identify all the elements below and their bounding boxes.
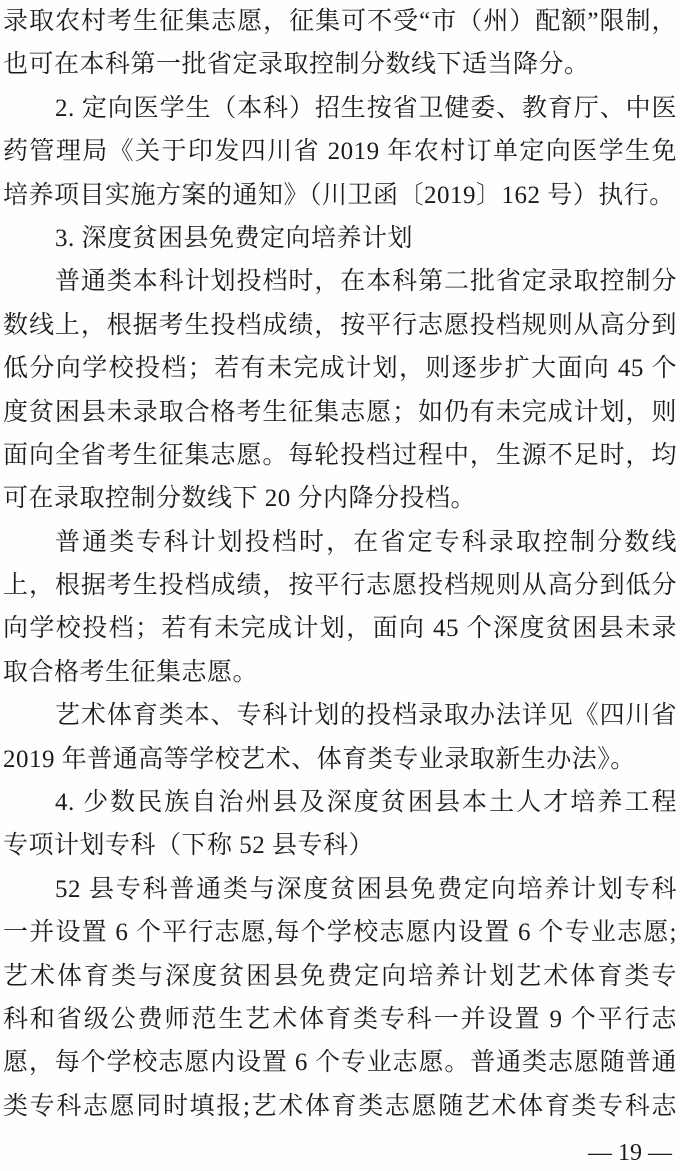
text-line: 可在录取控制分数线下 20 分内降分投档。 [3, 477, 677, 520]
text-line: 向学校投档；若有未完成计划，面向 45 个深度贫困县未录 [3, 607, 677, 650]
text-line: 专项计划专科（下称 52 县专科） [3, 824, 677, 867]
text-line: 3. 深度贫困县免费定向培养计划 [3, 217, 677, 260]
text-line: 面向全省考生征集志愿。每轮投档过程中，生源不足时，均 [3, 434, 677, 477]
text-line: 愿，每个学校志愿内设置 6 个专业志愿。普通类志愿随普通 [3, 1041, 677, 1084]
text-line: 录取农村考生征集志愿，征集可不受“市（州）配额”限制， [3, 0, 677, 43]
text-line: 度贫困县未录取合格考生征集志愿；如仍有未完成计划，则 [3, 391, 677, 434]
document-body: 录取农村考生征集志愿，征集可不受“市（州）配额”限制，也可在本科第一批省定录取控… [3, 0, 677, 1128]
text-line: 艺术体育类与深度贫困县免费定向培养计划艺术体育类专 [3, 955, 677, 998]
text-line: 也可在本科第一批省定录取控制分数线下适当降分。 [3, 43, 677, 86]
text-line: 2. 定向医学生（本科）招生按省卫健委、教育厅、中医 [3, 87, 677, 130]
text-line: 类专科志愿同时填报;艺术体育类志愿随艺术体育类专科志 [3, 1085, 677, 1128]
text-line: 上，根据考生投档成绩，按平行志愿投档规则从高分到低分 [3, 564, 677, 607]
page-number: — 19 — [588, 1137, 672, 1169]
text-line: 药管理局《关于印发四川省 2019 年农村订单定向医学生免费 [3, 130, 677, 173]
text-line: 取合格考生征集志愿。 [3, 651, 677, 694]
text-line: 低分向学校投档；若有未完成计划，则逐步扩大面向 45 个深 [3, 347, 677, 390]
text-line: 一并设置 6 个平行志愿,每个学校志愿内设置 6 个专业志愿; [3, 911, 677, 954]
text-line: 52 县专科普通类与深度贫困县免费定向培养计划专科 [3, 868, 677, 911]
document-page: 录取农村考生征集志愿，征集可不受“市（州）配额”限制，也可在本科第一批省定录取控… [0, 0, 680, 1171]
text-line: 4. 少数民族自治州县及深度贫困县本土人才培养工程 [3, 781, 677, 824]
text-line: 科和省级公费师范生艺术体育类专科一并设置 9 个平行志 [3, 998, 677, 1041]
text-line: 2019 年普通高等学校艺术、体育类专业录取新生办法》。 [3, 738, 677, 781]
text-line: 普通类专科计划投档时，在省定专科录取控制分数线 [3, 521, 677, 564]
text-line: 普通类本科计划投档时，在本科第二批省定录取控制分 [3, 260, 677, 303]
text-line: 培养项目实施方案的通知》（川卫函〔2019〕162 号）执行。 [3, 174, 677, 217]
text-line: 数线上，根据考生投档成绩，按平行志愿投档规则从高分到 [3, 304, 677, 347]
text-line: 艺术体育类本、专科计划的投档录取办法详见《四川省 [3, 694, 677, 737]
